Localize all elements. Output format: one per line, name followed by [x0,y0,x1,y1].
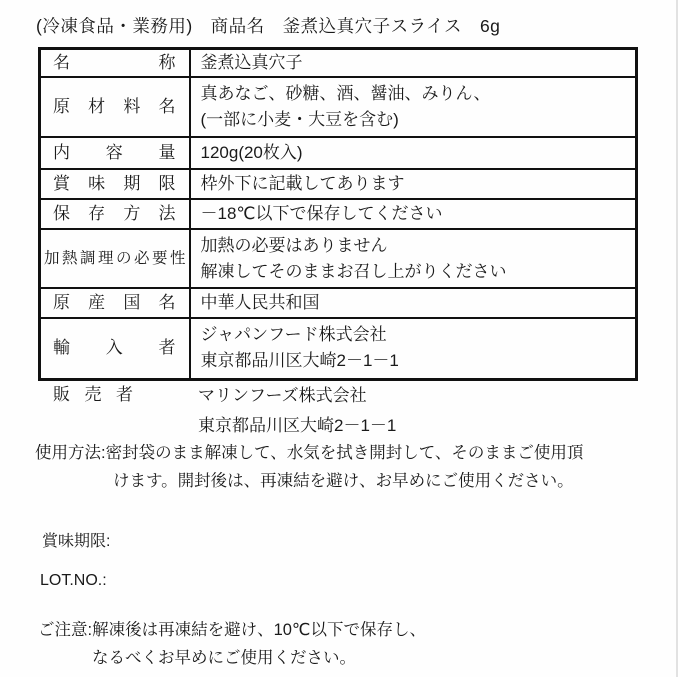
header-line: (冷凍食品・業務用) 商品名 釜煮込真穴子スライス 6g [36,13,500,38]
table-row-net-content: 内容量 120g(20枚入) [40,137,637,169]
row-value-line: (一部に小麦・大豆を含む) [201,107,626,133]
row-label-cell: 賞味期限 [40,169,190,199]
caution-line: なるべくお早めにご使用ください。 [92,644,426,672]
table-row-ingredients: 原材料名 真あなご、砂糖、酒、醤油、みりん、 (一部に小麦・大豆を含む) [40,77,637,137]
row-label-cell: 輸入者 [40,318,190,379]
row-value-line: 中華人民共和国 [201,290,626,316]
usage-line: けます。開封後は、再凍結を避け、お早めにご使用ください。 [113,467,583,495]
spec-table: 名称 釜煮込真穴子 原材料名 真あなご、砂糖、酒、醤油、みりん、 (一部に小麦・… [38,47,638,381]
row-label: 保存方法 [53,201,177,227]
row-value-cell: －18℃以下で保存してください [190,199,637,229]
row-value-cell: 120g(20枚入) [190,137,637,169]
table-row-best-before: 賞味期限 枠外下に記載してあります [40,169,637,199]
row-label: 賞味期限 [53,171,177,197]
row-label: 名称 [53,50,177,76]
table-row-storage: 保存方法 －18℃以下で保存してください [40,199,637,229]
row-value-cell: 枠外下に記載してあります [190,169,637,199]
row-label-cell: 原材料名 [40,77,190,137]
row-label-cell: 名称 [40,49,190,78]
row-value-cell: 真あなご、砂糖、酒、醤油、みりん、 (一部に小麦・大豆を含む) [190,77,637,137]
usage-line: 使用方法:密封袋のまま解凍して、水気を拭き開封して、そのままご使用頂 [35,439,583,467]
seller-address: 東京都品川区大崎2－1－1 [198,411,396,441]
row-value-line: 加熱の必要はありません [201,233,626,259]
caution-line: ご注意:解凍後は再凍結を避け、10℃以下で保存し、 [38,616,426,644]
row-value-cell: 釜煮込真穴子 [190,49,637,78]
table-row-importer: 輸入者 ジャパンフード株式会社 東京都品川区大崎2－1－1 [40,318,637,379]
row-label: 輸入者 [53,335,177,361]
usage-instructions: 使用方法:密封袋のまま解凍して、水気を拭き開封して、そのままご使用頂 けます。開… [35,439,583,495]
table-row-heating: 加熱調理の必要性 加熱の必要はありません 解凍してそのままお召し上がりください [40,229,637,288]
row-value-line: 枠外下に記載してあります [201,171,626,197]
row-value-line: 釜煮込真穴子 [201,50,626,76]
row-value-line: 解凍してそのままお召し上がりください [201,259,626,285]
product-label-sheet: (冷凍食品・業務用) 商品名 釜煮込真穴子スライス 6g 名称 釜煮込真穴子 原… [0,0,678,677]
row-value-line: ジャパンフード株式会社 [201,322,626,348]
table-row-name: 名称 釜煮込真穴子 [40,49,637,78]
row-value-line: 東京都品川区大崎2－1－1 [201,348,626,374]
row-value-line: －18℃以下で保存してください [201,201,626,227]
shelf-life-field: 賞味期限: [42,528,110,551]
row-label: 内容量 [53,140,177,166]
row-value-line: 真あなご、砂糖、酒、醤油、みりん、 [201,81,626,107]
row-label: 原産国名 [53,290,177,316]
row-value-cell: 加熱の必要はありません 解凍してそのままお召し上がりください [190,229,637,288]
row-label-cell: 原産国名 [40,288,190,318]
lot-number-field: LOT.NO.: [40,572,107,590]
seller-company: マリンフーズ株式会社 [198,381,396,411]
row-value-cell: ジャパンフード株式会社 東京都品川区大崎2－1－1 [190,318,637,379]
table-row-origin: 原産国名 中華人民共和国 [40,288,637,318]
row-label-cell: 保存方法 [40,199,190,229]
row-value-line: 120g(20枚入) [201,140,626,166]
row-label-cell: 内容量 [40,137,190,169]
row-label: 加熱調理の必要性 [44,246,186,272]
seller-lines: マリンフーズ株式会社 東京都品川区大崎2－1－1 [198,381,396,441]
row-label-cell: 加熱調理の必要性 [40,229,190,288]
row-label: 原材料名 [53,94,177,120]
caution-block: ご注意:解凍後は再凍結を避け、10℃以下で保存し、 なるべくお早めにご使用くださ… [38,616,426,672]
seller-label: 販売者 [53,381,133,409]
row-value-cell: 中華人民共和国 [190,288,637,318]
